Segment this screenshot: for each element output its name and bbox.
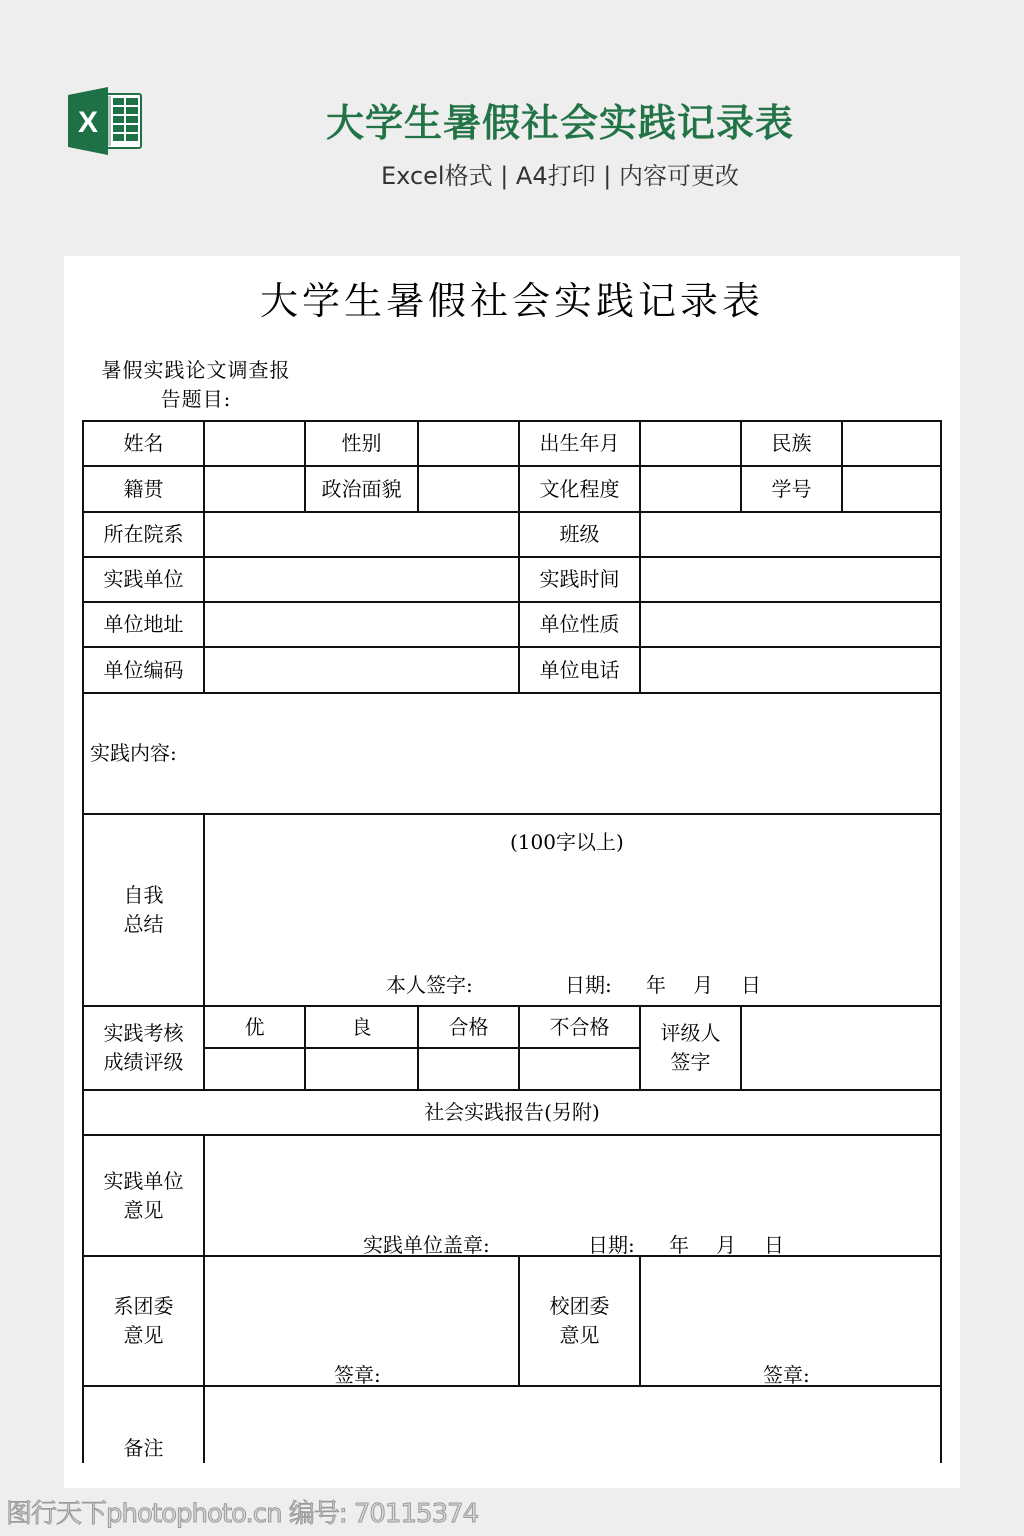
label-self-summary-line2: 总结 <box>124 910 164 939</box>
grade-good-checkbox[interactable] <box>304 1047 419 1091</box>
hometown-field[interactable] <box>203 465 306 513</box>
grade-excellent-checkbox[interactable] <box>203 1047 306 1091</box>
label-student-id: 学号 <box>740 465 843 513</box>
label-grader-line2: 签字 <box>671 1048 711 1077</box>
label-dept-league-line1: 系团委 <box>114 1292 174 1321</box>
report-topic-label-line2: 告题目: <box>88 385 304 414</box>
school-league-opinion-field[interactable] <box>639 1255 942 1387</box>
label-education: 文化程度 <box>518 465 641 513</box>
label-hometown: 籍贯 <box>82 465 205 513</box>
header-title: 大学生暑假社会实践记录表 <box>300 92 820 147</box>
label-grader-signature: 评级人 签字 <box>639 1005 742 1091</box>
label-unit-nature: 单位性质 <box>518 601 641 648</box>
education-field[interactable] <box>639 465 742 513</box>
department-field[interactable] <box>203 511 520 558</box>
label-unit-opinion-line2: 意见 <box>124 1196 164 1225</box>
grade-pass-label: 合格 <box>417 1005 520 1049</box>
label-class: 班级 <box>518 511 641 558</box>
label-unit-code: 单位编码 <box>82 646 205 694</box>
svg-text:X: X <box>78 106 98 139</box>
grade-excellent-label: 优 <box>203 1005 306 1049</box>
remarks-field[interactable] <box>203 1385 942 1465</box>
name-field[interactable] <box>203 420 306 467</box>
unit-code-field[interactable] <box>203 646 520 694</box>
grade-fail-label: 不合格 <box>518 1005 641 1049</box>
political-status-field[interactable] <box>417 465 520 513</box>
gender-field[interactable] <box>417 420 520 467</box>
report-topic-label: 暑假实践论文调查报 告题目: <box>88 356 304 414</box>
label-practice-unit: 实践单位 <box>82 556 205 603</box>
document-title: 大学生暑假社会实践记录表 <box>64 270 960 325</box>
student-id-field[interactable] <box>841 465 942 513</box>
label-gender: 性别 <box>304 420 419 467</box>
excel-icon: X <box>67 86 143 156</box>
self-summary-field[interactable] <box>203 813 942 1007</box>
practice-content-field[interactable]: 实践内容: <box>82 692 942 815</box>
birth-field[interactable] <box>639 420 742 467</box>
page-bottom-margin <box>64 1463 960 1488</box>
label-remarks: 备注 <box>82 1385 205 1465</box>
grader-signature-field[interactable] <box>740 1005 942 1091</box>
class-field[interactable] <box>639 511 942 558</box>
label-birth: 出生年月 <box>518 420 641 467</box>
label-self-summary-line1: 自我 <box>124 881 164 910</box>
label-grading-line1: 实践考核 <box>104 1019 184 1048</box>
practice-record-table: 姓名 性别 出生年月 民族 籍贯 政治面貌 文化程度 学号 所在院系 班级 实践… <box>0 0 1024 1536</box>
label-school-league-line2: 意见 <box>560 1321 600 1350</box>
label-dept-league-line2: 意见 <box>124 1321 164 1350</box>
label-report-attached: 社会实践报告(另附) <box>82 1089 942 1136</box>
unit-nature-field[interactable] <box>639 601 942 648</box>
label-practice-content: 实践内容: <box>90 739 177 768</box>
label-practice-time: 实践时间 <box>518 556 641 603</box>
ethnicity-field[interactable] <box>841 420 942 467</box>
label-unit-address: 单位地址 <box>82 601 205 648</box>
watermark-text: 图行天下photophoto.cn 编号: 70115374 <box>6 1493 478 1530</box>
report-topic-label-line1: 暑假实践论文调查报 <box>88 356 304 385</box>
label-unit-phone: 单位电话 <box>518 646 641 694</box>
label-name: 姓名 <box>82 420 205 467</box>
header-subtitle: Excel格式 | A4打印 | 内容可更改 <box>300 156 820 191</box>
label-ethnicity: 民族 <box>740 420 843 467</box>
grade-good-label: 良 <box>304 1005 419 1049</box>
label-school-league-opinion: 校团委 意见 <box>518 1255 641 1387</box>
label-grading: 实践考核 成绩评级 <box>82 1005 205 1091</box>
unit-address-field[interactable] <box>203 601 520 648</box>
unit-phone-field[interactable] <box>639 646 942 694</box>
label-political-status: 政治面貌 <box>304 465 419 513</box>
practice-unit-field[interactable] <box>203 556 520 603</box>
label-department: 所在院系 <box>82 511 205 558</box>
label-dept-league-opinion: 系团委 意见 <box>82 1255 205 1387</box>
label-self-summary: 自我 总结 <box>82 813 205 1007</box>
practice-time-field[interactable] <box>639 556 942 603</box>
dept-league-opinion-field[interactable] <box>203 1255 520 1387</box>
label-grading-line2: 成绩评级 <box>104 1048 184 1077</box>
grade-fail-checkbox[interactable] <box>518 1047 641 1091</box>
unit-opinion-field[interactable] <box>203 1134 942 1257</box>
grade-pass-checkbox[interactable] <box>417 1047 520 1091</box>
label-unit-opinion: 实践单位 意见 <box>82 1134 205 1257</box>
label-unit-opinion-line1: 实践单位 <box>104 1167 184 1196</box>
label-grader-line1: 评级人 <box>661 1019 721 1048</box>
label-school-league-line1: 校团委 <box>550 1292 610 1321</box>
